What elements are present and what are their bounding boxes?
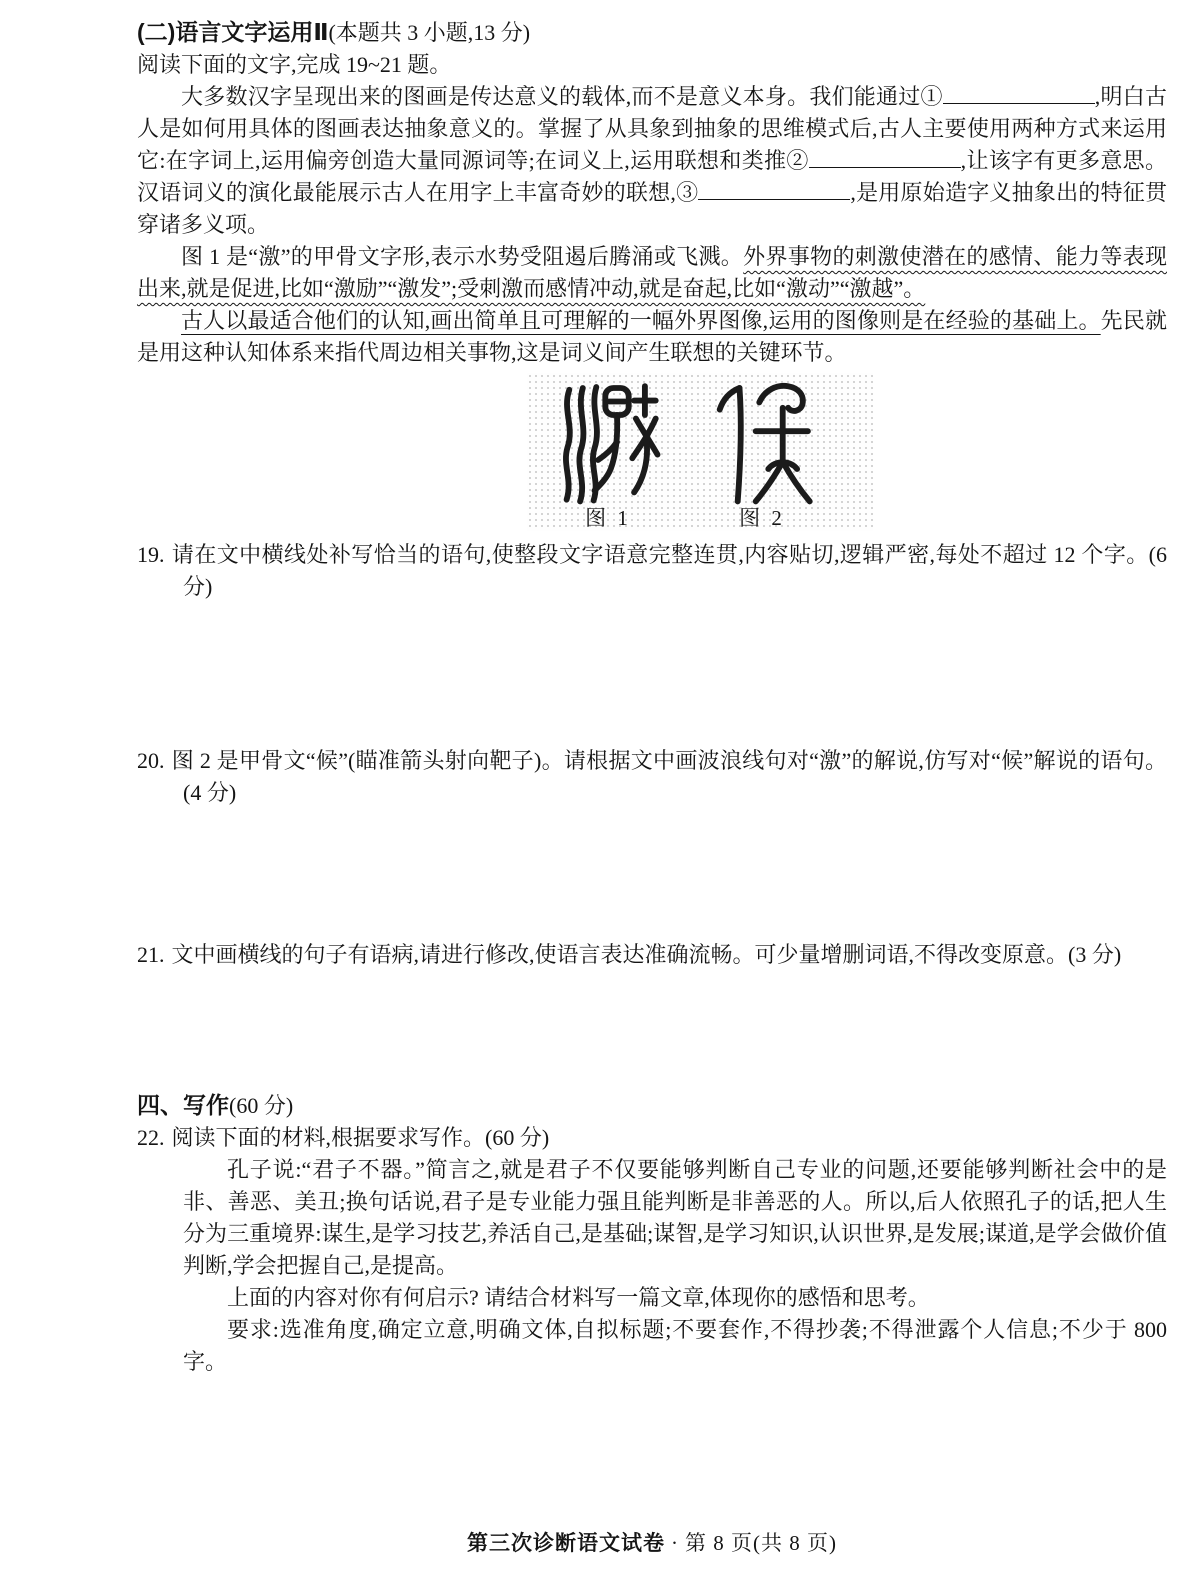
- passage-paragraph-2: 图 1 是“激”的甲骨文字形,表示水势受阻遏后腾涌或飞溅。外界事物的刺激使潜在的…: [137, 241, 1167, 305]
- passage-paragraph-1: 大多数汉字呈现出来的图画是传达意义的载体,而不是意义本身。我们能通过①,明白古人…: [137, 81, 1167, 241]
- question-20-text: 图 2 是甲骨文“候”(瞄准箭头射向靶子)。请根据文中画波浪线句对“激”的解说,…: [172, 748, 1168, 805]
- question-21-text: 文中画横线的句子有语病,请进行修改,使语言表达准确流畅。可少量增删词语,不得改变…: [172, 942, 1122, 967]
- passage-paragraph-3: 古人以最适合他们的认知,画出简单且可理解的一幅外界图像,运用的图像则是在经验的基…: [137, 305, 1167, 369]
- section-ii-title: (二)语言文字运用Ⅱ: [137, 19, 328, 45]
- figure-strip: 图 1 图 2: [527, 373, 873, 531]
- section-iv-points: (60 分): [229, 1093, 293, 1118]
- question-20-number: 20.: [137, 748, 165, 773]
- section-iv-heading: 四、写作(60 分): [137, 1089, 1167, 1122]
- section-ii-points: (本题共 3 小题,13 分): [328, 20, 530, 45]
- footer-separator: ·: [671, 1531, 679, 1555]
- figure-1-label: 图 1: [585, 505, 631, 531]
- question-21: 21.文中画横线的句子有语病,请进行修改,使语言表达准确流畅。可少量增删词语,不…: [137, 939, 1167, 971]
- material-paragraph-2: 上面的内容对你有何启示? 请结合材料写一篇文章,体现你的感悟和思考。: [183, 1282, 1167, 1314]
- fill-in-blank-1: [943, 82, 1095, 104]
- footer-exam-title: 第三次诊断语文试卷: [467, 1531, 665, 1555]
- question-20: 20.图 2 是甲骨文“候”(瞄准箭头射向靶子)。请根据文中画波浪线句对“激”的…: [137, 745, 1167, 809]
- straight-underlined-sentence: 古人以最适合他们的认知,画出简单且可理解的一幅外界图像,运用的图像则是在经验的基…: [181, 308, 1101, 333]
- section-ii-heading: (二)语言文字运用Ⅱ(本题共 3 小题,13 分): [137, 16, 1167, 49]
- figure-2: 图 2: [709, 379, 815, 531]
- section-iv-title: 四、写作: [137, 1092, 229, 1118]
- question-19: 19.请在文中横线处补写恰当的语句,使整段文字语意完整连贯,内容贴切,逻辑严密,…: [137, 539, 1167, 603]
- fill-in-blank-2: [809, 146, 961, 168]
- page-content: (二)语言文字运用Ⅱ(本题共 3 小题,13 分) 阅读下面的文字,完成 19~…: [137, 16, 1167, 1378]
- essay-material: 孔子说:“君子不器。”简言之,就是君子不仅要能够判断自己专业的问题,还要能够判断…: [183, 1154, 1167, 1378]
- material-paragraph-3: 要求:选准角度,确定立意,明确文体,自拟标题;不要套作,不得抄袭;不得泄露个人信…: [183, 1314, 1167, 1378]
- seal-script-ji-glyph: [555, 379, 661, 505]
- passage-text-before-blank-1: 大多数汉字呈现出来的图画是传达意义的载体,而不是意义本身。我们能通过①: [181, 84, 943, 109]
- material-paragraph-1: 孔子说:“君子不器。”简言之,就是君子不仅要能够判断自己专业的问题,还要能够判断…: [183, 1154, 1167, 1282]
- footer-page-number: 第 8 页(共 8 页): [685, 1531, 837, 1555]
- question-19-number: 19.: [137, 542, 165, 567]
- figure-1: 图 1: [555, 379, 661, 531]
- question-22-text: 阅读下面的材料,根据要求写作。(60 分): [172, 1125, 550, 1150]
- page-footer: 第三次诊断语文试卷·第 8 页(共 8 页): [137, 1527, 1167, 1559]
- question-21-number: 21.: [137, 942, 165, 967]
- question-19-text: 请在文中横线处补写恰当的语句,使整段文字语意完整连贯,内容贴切,逻辑严密,每处不…: [172, 542, 1168, 599]
- reading-instruction: 阅读下面的文字,完成 19~21 题。: [137, 49, 1167, 81]
- seal-script-hou-glyph: [709, 379, 815, 505]
- exam-page: (二)语言文字运用Ⅱ(本题共 3 小题,13 分) 阅读下面的文字,完成 19~…: [0, 0, 1200, 1583]
- figure-2-label: 图 2: [739, 505, 785, 531]
- question-22-number: 22.: [137, 1125, 165, 1150]
- fill-in-blank-3: [698, 178, 850, 200]
- passage-text-plain: 图 1 是“激”的甲骨文字形,表示水势受阻遏后腾涌或飞溅。: [181, 244, 743, 269]
- question-22: 22.阅读下面的材料,根据要求写作。(60 分): [137, 1122, 1167, 1154]
